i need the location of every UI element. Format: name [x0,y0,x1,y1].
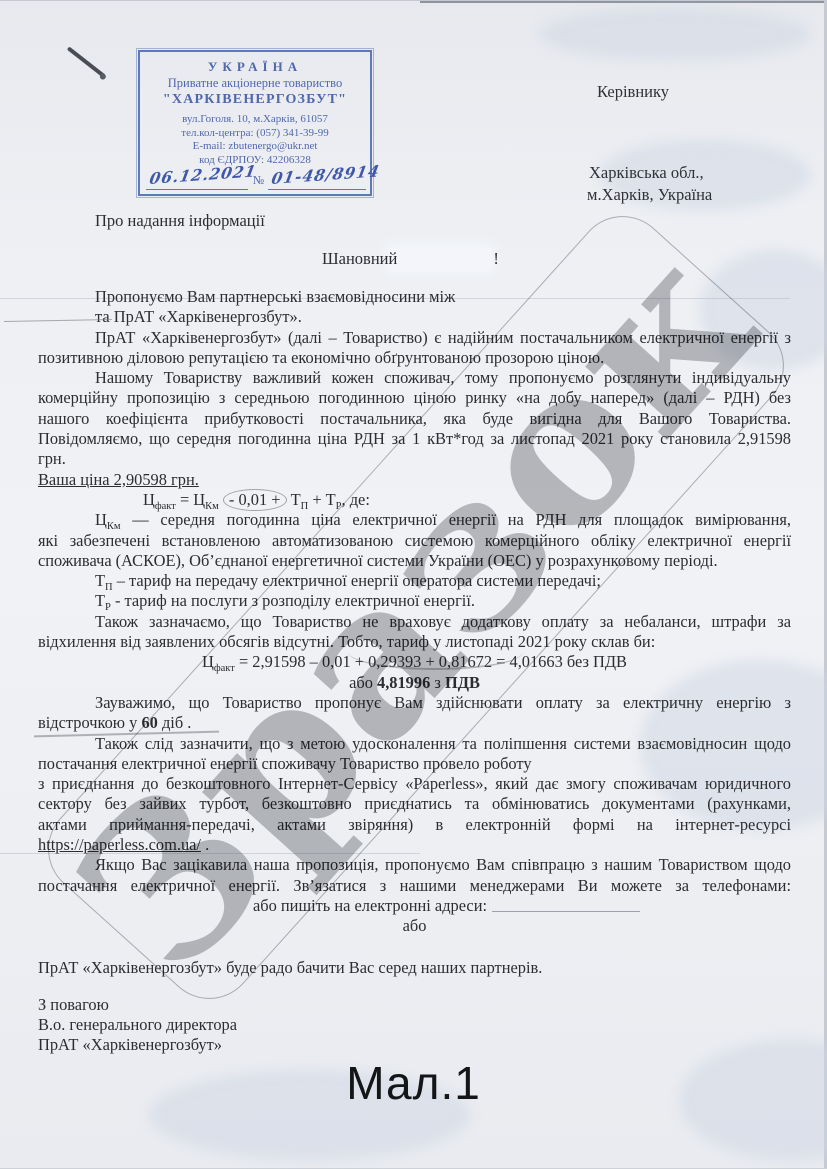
handwritten-number: 01-48/8914 [270,161,382,188]
body-line: ТР - тариф на послуги з розподілу електр… [38,591,791,611]
body-line: сектору без зайвих турбот, безкоштовно п… [38,794,791,814]
body-line: Цфакт = 2,91598 – 0,01 + 0,29393 + 0,816… [38,652,791,672]
body-line: нашого коефіцієнта прибутковості постача… [38,409,791,429]
recipient-region: Харківська обл., [589,163,704,183]
body-line: комерційну пропозицію з середньою погоди… [38,388,791,408]
body-line: https://paperless.com.ua/ . [38,835,791,855]
scanned-letter-page: УКРАЇНА Приватне акціонерне товариство "… [0,0,827,1169]
body-line: ЦКм — середня погодинна ціна електричної… [38,510,791,530]
body-line: ПрАТ «Харківенергозбут» (далі – Товарист… [38,328,791,348]
figure-caption: Мал.1 [0,1056,827,1110]
body-line: ТП – тариф на передачу електричної енерг… [38,571,791,591]
body-line: постачання електричної енергії споживачу… [38,754,791,774]
body-line: Пропонуємо Вам партнерські взаємовідноси… [38,287,791,307]
salutation: Шановний ! [322,249,499,269]
stamp-phone: тел.кол-центра: (057) 341-39-99 [140,127,370,141]
body-line: або 4,81996 з ПДВ [38,673,791,693]
body-line: позитивною діловою репутацією та економі… [38,348,791,368]
paper-texture [540,8,810,60]
body-line: з приєднання до безкоштовного Інтернет-С… [38,774,791,794]
stamp-org-type: Приватне акціонерне товариство [140,76,370,91]
body-line: З повагою [38,995,791,1015]
salutation-exclamation: ! [493,249,499,269]
body-line: Повідомляємо, що середня погодинна ціна … [38,429,791,449]
body-line: відхилення від заявлених обсягів відсутн… [38,632,791,652]
body-line: Зауважимо, що Товариство пропонує Вам зд… [38,693,791,713]
stamp-email: E-mail: zbutenergo@ukr.net [140,140,370,154]
recipient-title: Керівнику [597,82,669,102]
body-line: Цфакт = ЦКм - 0,01 + ТП + ТР, де: [38,490,791,510]
stamp-org-name: "ХАРКІВЕНЕРГОЗБУТ" [140,92,370,108]
pencil-circle-annotation: - 0,01 + [223,489,287,511]
body-line: Якщо Вас зацікавила наша пропозиція, про… [38,855,791,875]
stamp-country: УКРАЇНА [140,59,370,75]
body-line: які забезпечені встановленою автоматизов… [38,531,791,551]
stamp-address: вул.Гоголя. 10, м.Харків, 61057 [140,113,370,127]
handwritten-date: 06.12.2021 [148,161,258,188]
body-line: Нашому Товариству важливий кожен спожива… [38,368,791,388]
salutation-word: Шановний [322,249,397,269]
scan-edge-top-dark [420,1,827,3]
body-line: актами приймання-передачі, актами звірян… [38,815,791,835]
body-line: та ПрАТ «Харківенергозбут». [38,307,791,327]
body-line: В.о. генерального директора [38,1015,791,1035]
company-stamp: УКРАЇНА Приватне акціонерне товариство "… [138,50,372,196]
letter-body: Пропонуємо Вам партнерські взаємовідноси… [38,287,791,1056]
body-line: або пишіть на електронні адреси: [38,896,791,916]
body-line: постачання електричної енергії. Зв’язати… [38,876,791,896]
paperless-url: https://paperless.com.ua/ [38,835,201,854]
body-line: споживача (АСКОЕ), Об’єднаної енергетичн… [38,551,791,571]
body-line: ПрАТ «Харківенергозбут» буде радо бачити… [38,958,791,978]
body-line: Також зазначаємо, що Товариство не врахо… [38,612,791,632]
subject-line: Про надання інформації [95,211,265,231]
body-line: Також слід зазначити, що з метою удоскон… [38,734,791,754]
body-line: ПрАТ «Харківенергозбут» [38,1035,791,1055]
pen-mark [67,46,106,77]
recipient-city: м.Харків, Україна [587,185,712,205]
body-line: або [38,916,791,936]
body-line: грн. [38,449,791,469]
body-line: Ваша ціна 2,90598 грн. [38,470,791,490]
body-line: відстрочкою у 60 діб . [38,713,791,733]
